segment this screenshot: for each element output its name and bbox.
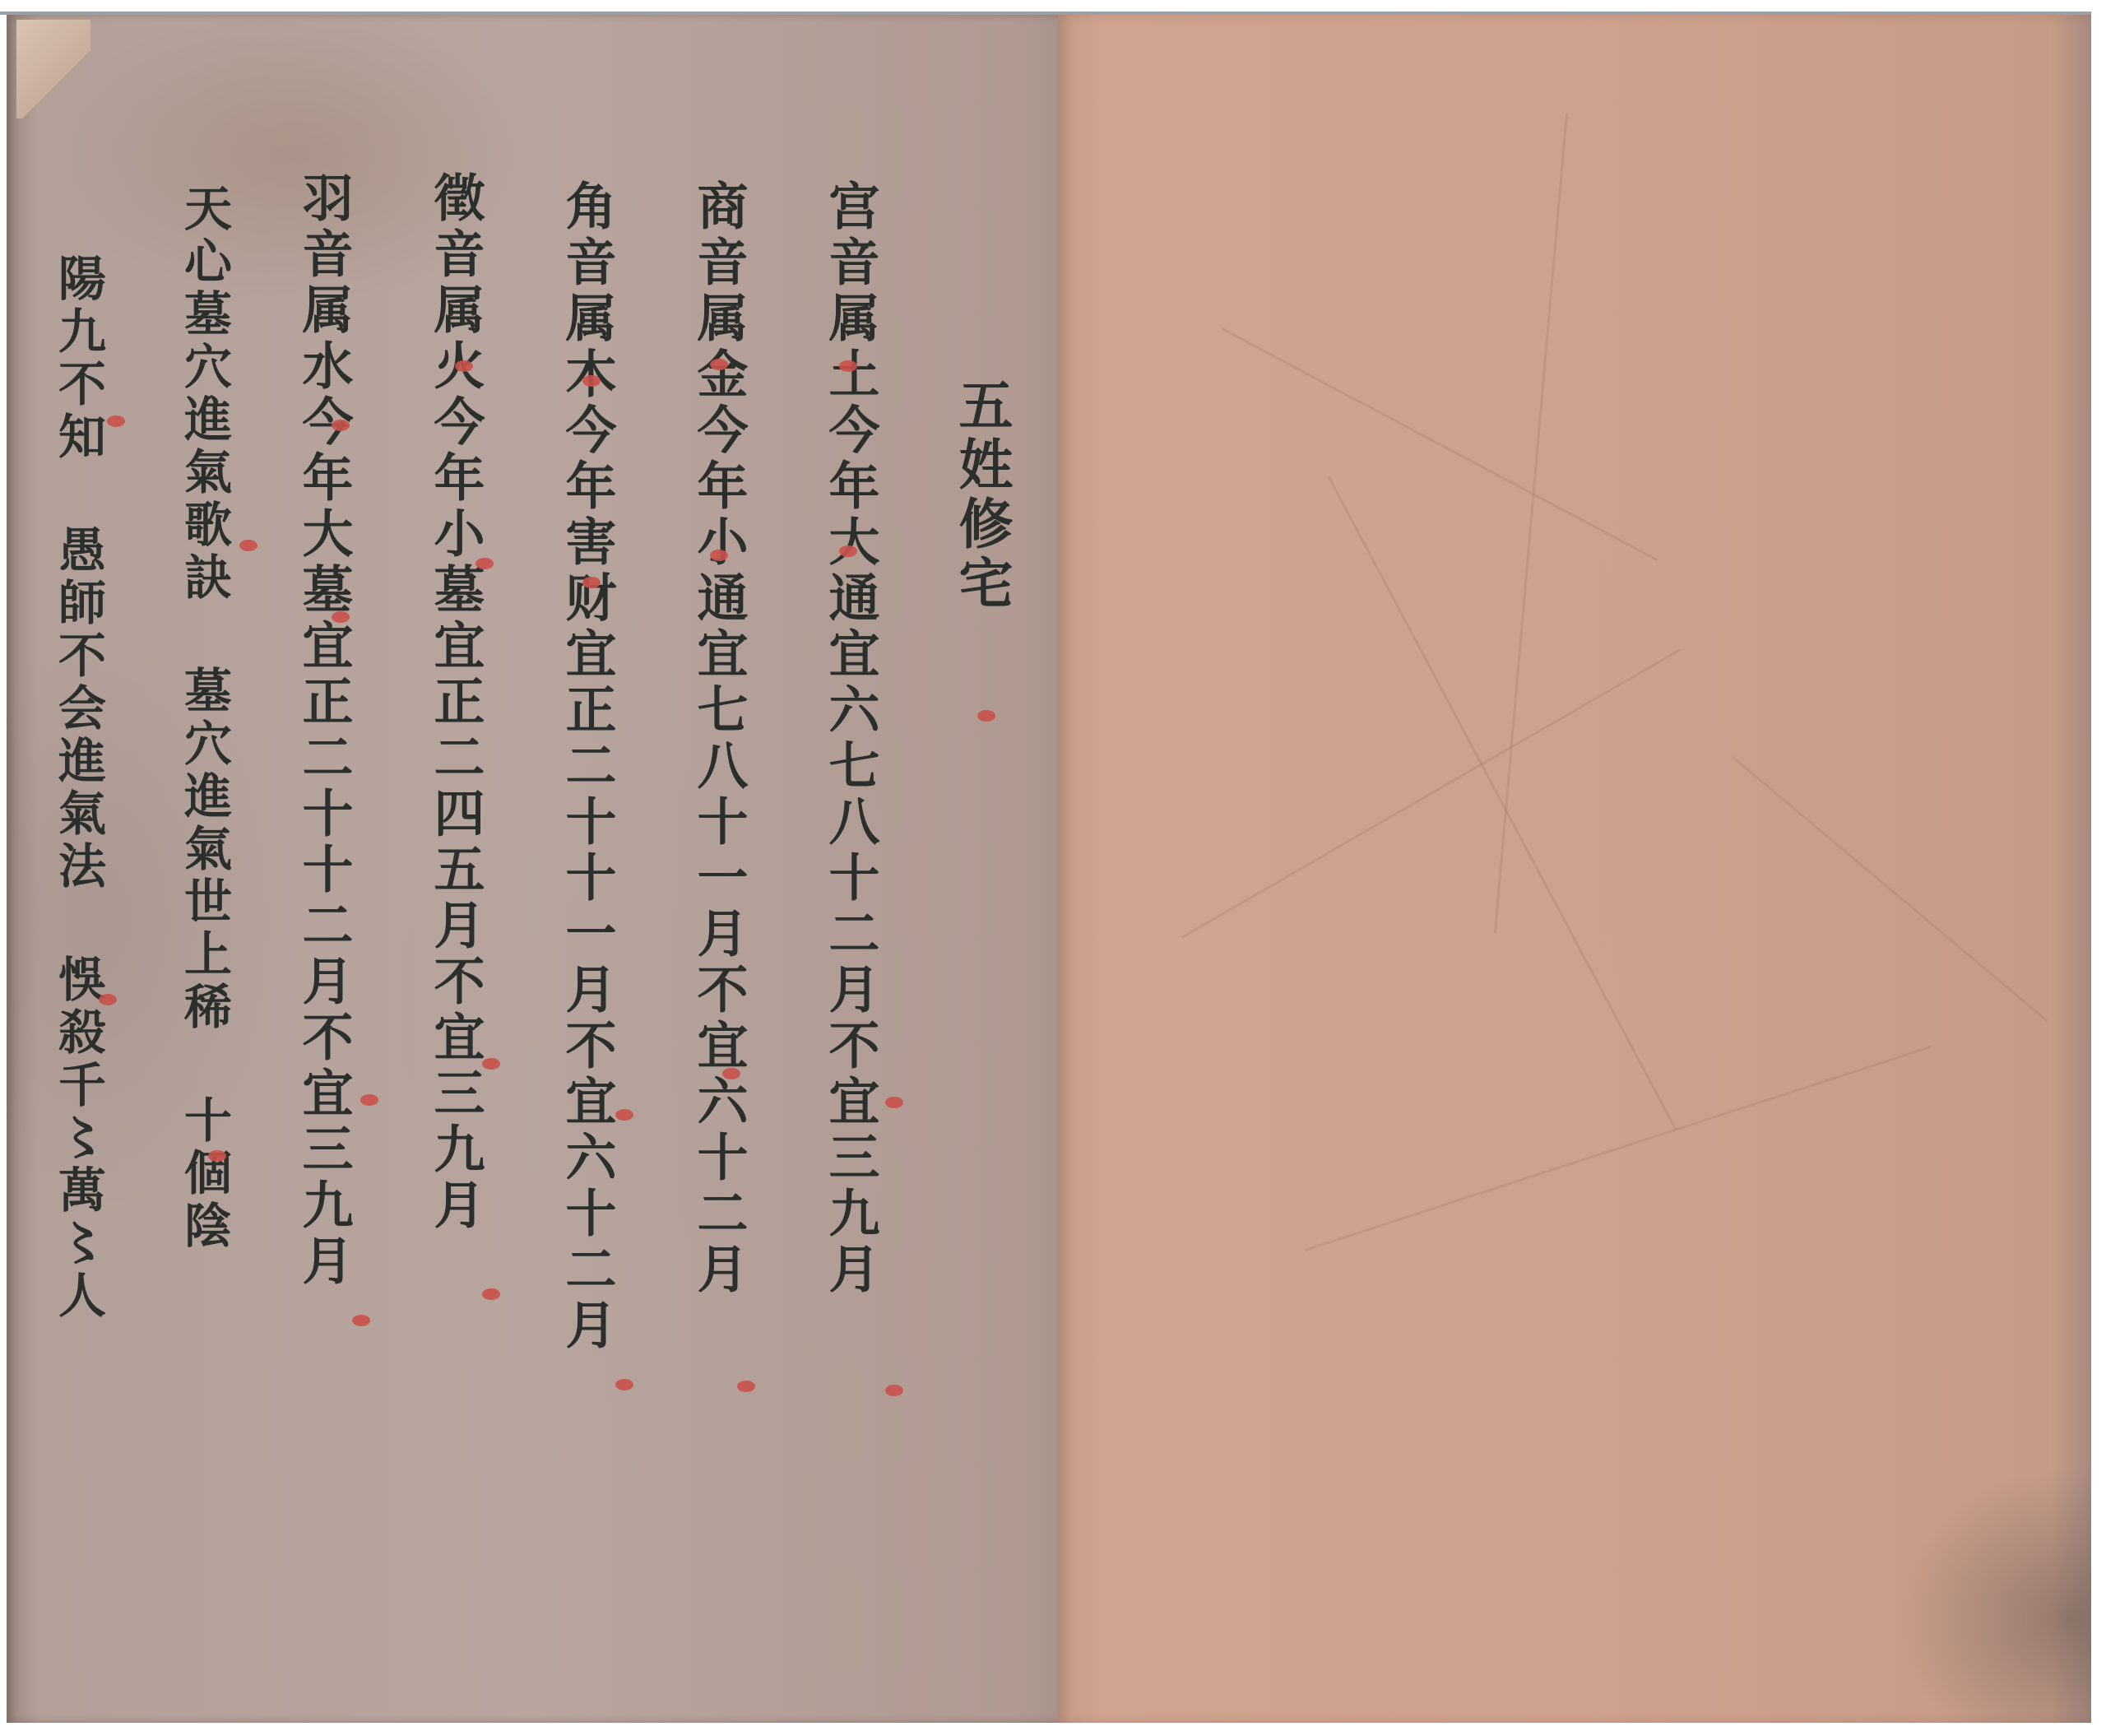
red-punctuation-mark	[737, 1381, 755, 1392]
text-column-2: 商音属金今年小通宜七八十一月不宜六十二月	[669, 179, 768, 1298]
paper-crease	[1494, 114, 1568, 933]
red-punctuation-mark	[839, 360, 857, 372]
red-punctuation-mark	[977, 710, 995, 722]
torn-corner	[16, 20, 90, 118]
paper-crease	[1327, 476, 1677, 1130]
red-punctuation-mark	[352, 1315, 370, 1326]
text-column-5: 羽音属水今年大墓宜正二十十二月不宜三九月	[274, 171, 373, 1290]
red-punctuation-mark	[332, 611, 350, 623]
red-punctuation-mark	[475, 558, 494, 569]
book-spread: 五姓修宅 宫音属土今年大通宜六七八十二月不宜三九月 商音属金今年小通宜七八十一月…	[7, 15, 2091, 1723]
red-punctuation-mark	[885, 1385, 903, 1396]
red-punctuation-mark	[722, 1068, 740, 1079]
red-punctuation-mark	[332, 420, 350, 431]
red-punctuation-mark	[710, 359, 728, 370]
red-punctuation-mark	[482, 1058, 500, 1070]
red-punctuation-mark	[582, 375, 601, 387]
red-punctuation-mark	[615, 1379, 633, 1390]
red-punctuation-mark	[710, 550, 728, 561]
paper-crease	[1731, 755, 2048, 1022]
page-title: 五姓修宅	[932, 377, 1031, 614]
red-punctuation-mark	[107, 415, 125, 427]
text-column-6: 天心墓穴進氣歌訣 墓穴進氣世上稀 十個陰	[151, 183, 249, 1253]
red-punctuation-mark	[582, 577, 601, 588]
red-punctuation-mark	[239, 540, 257, 551]
red-punctuation-mark	[885, 1097, 903, 1108]
text-column-1: 宫音属土今年大通宜六七八十二月不宜三九月	[800, 179, 899, 1298]
red-punctuation-mark	[615, 1109, 633, 1121]
paper-crease	[1305, 1046, 1932, 1251]
paper-crease	[1181, 648, 1682, 939]
right-page-blank	[1058, 15, 2091, 1723]
red-punctuation-mark	[839, 545, 857, 557]
red-punctuation-mark	[208, 1150, 226, 1162]
paper-crease	[1222, 327, 1658, 561]
red-punctuation-mark	[99, 994, 117, 1005]
text-column-4: 徵音属火今年小墓宜正二四五月不宜三九月	[406, 171, 504, 1234]
red-punctuation-mark	[482, 1288, 500, 1300]
left-page: 五姓修宅 宫音属土今年大通宜六七八十二月不宜三九月 商音属金今年小通宜七八十一月…	[7, 15, 1060, 1723]
text-column-7: 陽九不知 愚師不会進氣法 悞殺千〻萬〻人	[25, 253, 123, 1323]
red-punctuation-mark	[455, 360, 473, 372]
text-column-3: 角音属木今年害财宜正二十十一月不宜六十二月	[537, 179, 636, 1354]
red-punctuation-mark	[360, 1094, 378, 1106]
